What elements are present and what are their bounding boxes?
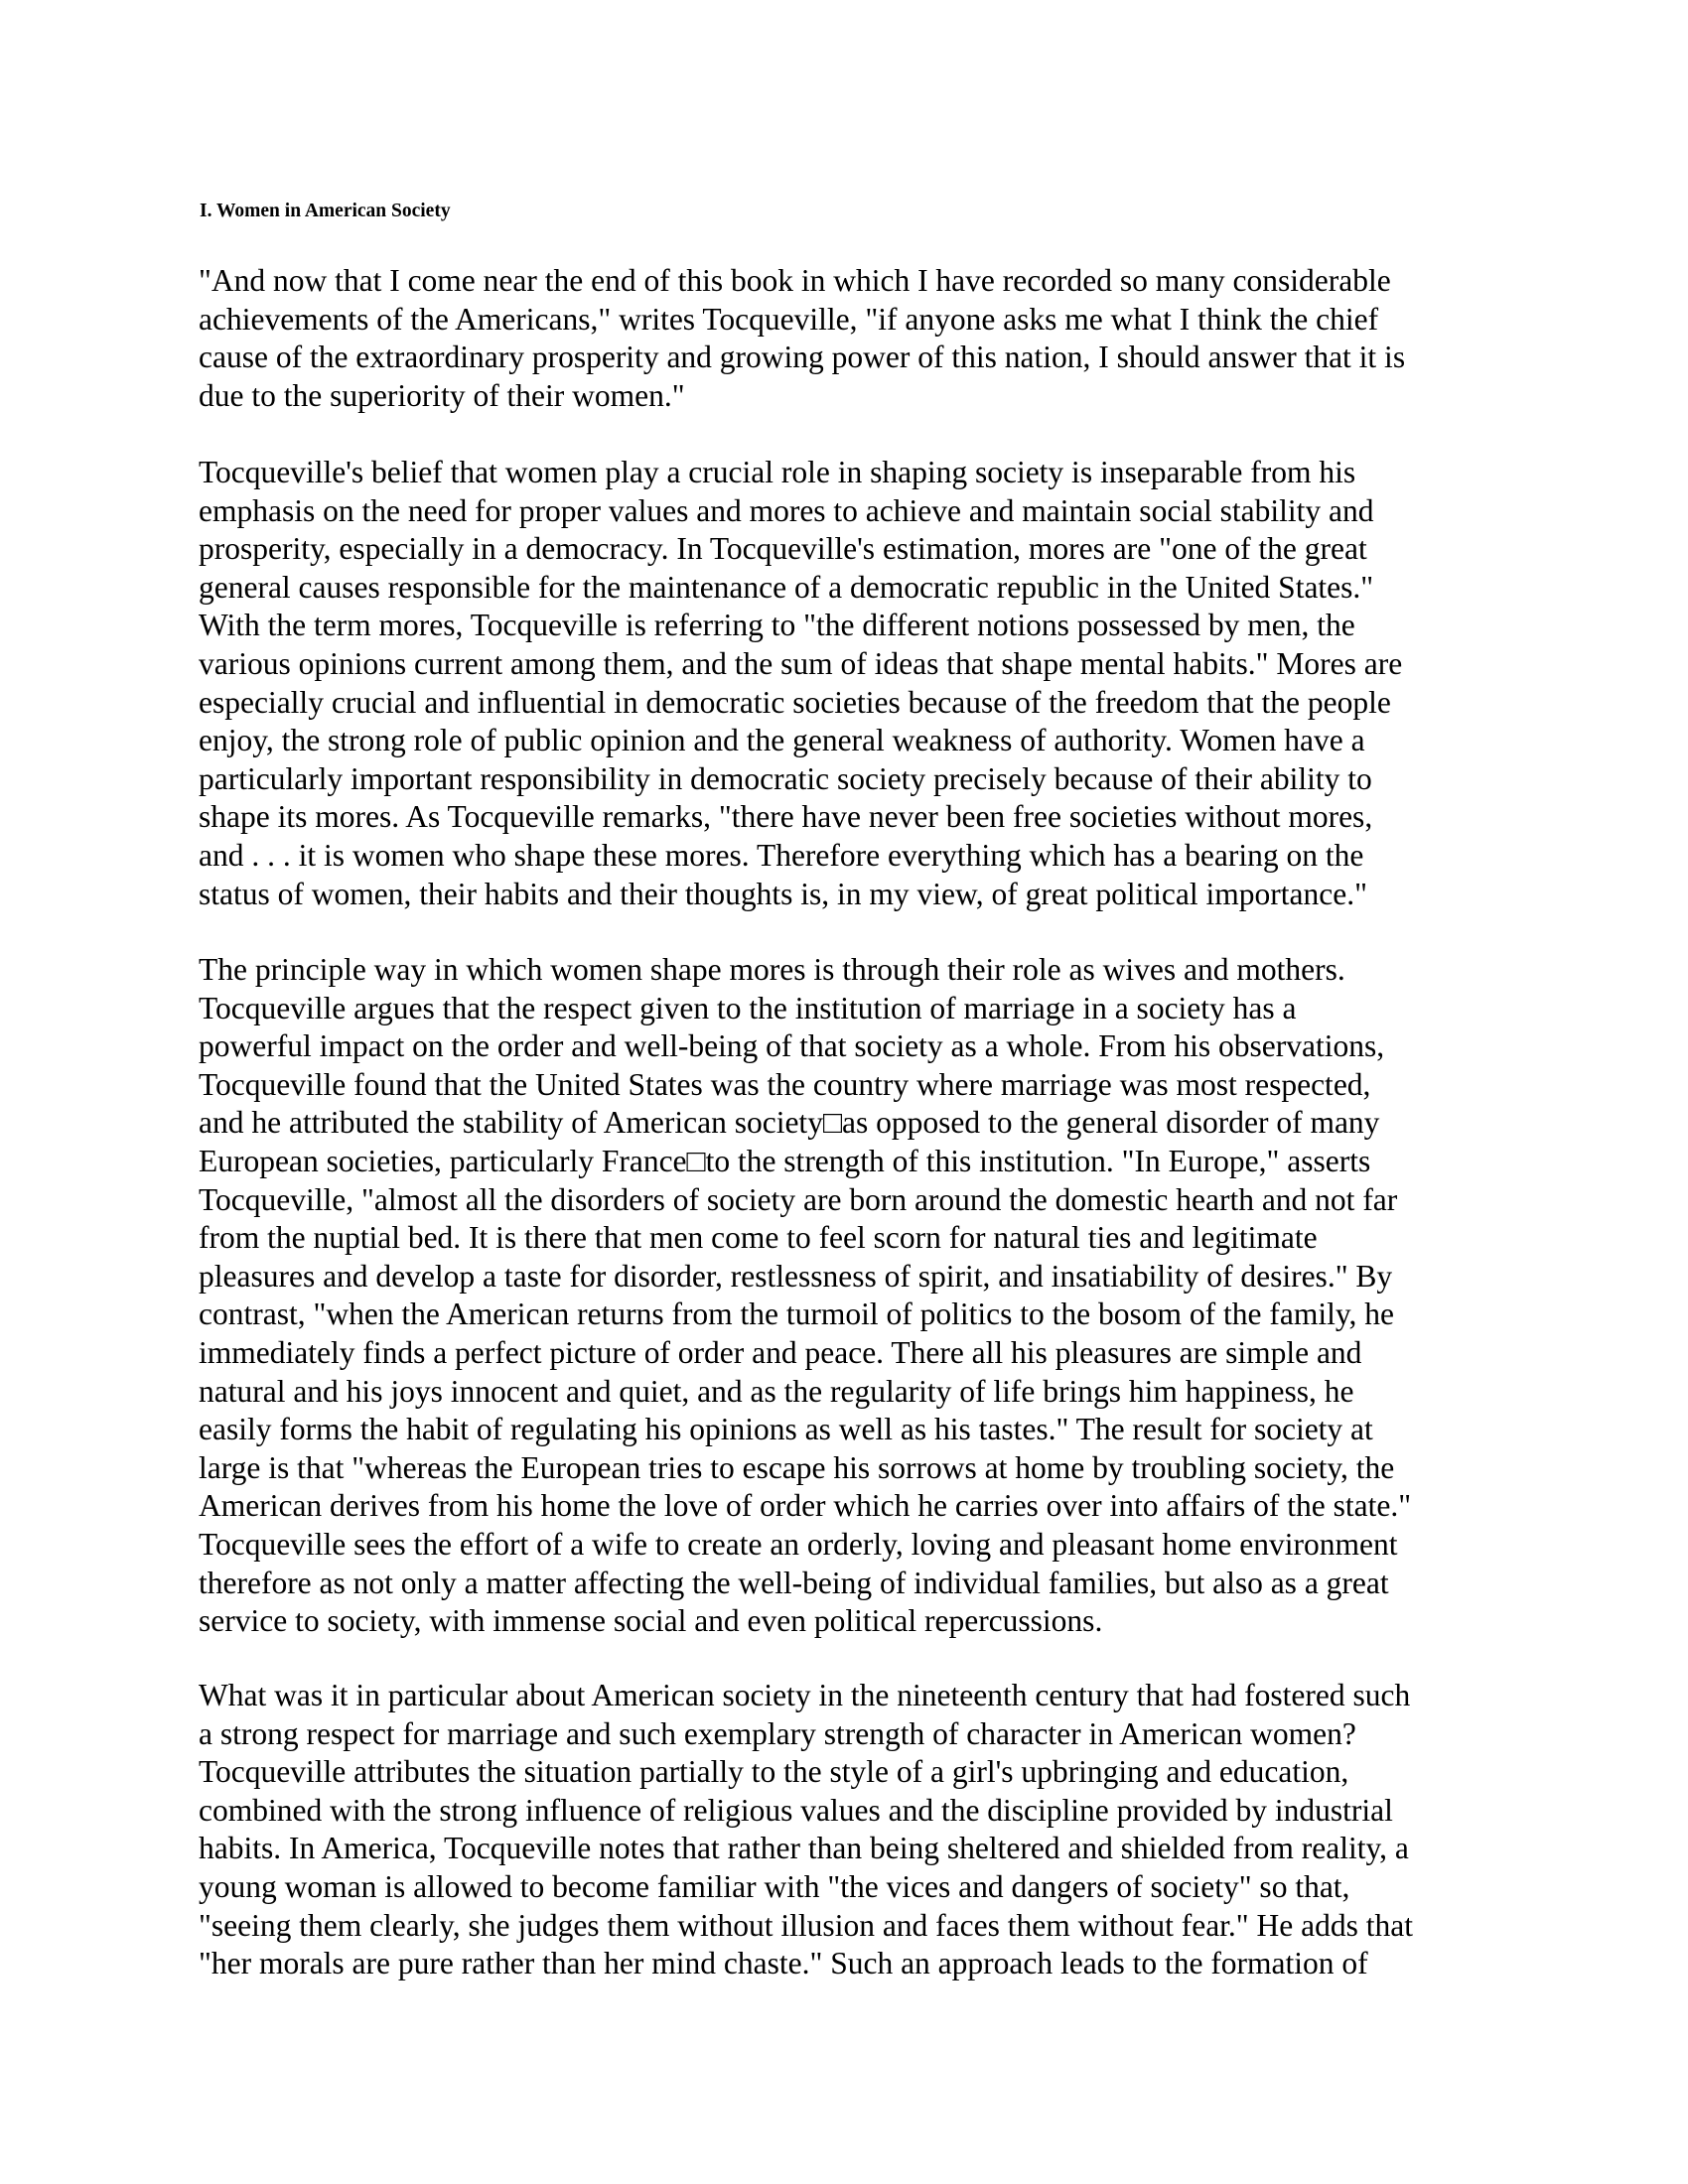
text-line: Tocqueville sees the effort of a wife to… (199, 1526, 1509, 1565)
paragraph-2: Tocqueville's belief that women play a c… (199, 454, 1509, 913)
text-line: pleasures and develop a taste for disord… (199, 1258, 1509, 1297)
text-line: particularly important responsibility in… (199, 760, 1509, 799)
text-line: therefore as not only a matter affecting… (199, 1565, 1509, 1603)
text-line: from the nuptial bed. It is there that m… (199, 1219, 1509, 1258)
text-line: immediately finds a perfect picture of o… (199, 1334, 1509, 1373)
text-line: Tocqueville attributes the situation par… (199, 1753, 1509, 1792)
text-line: large is that "whereas the European trie… (199, 1449, 1509, 1488)
text-line: prosperity, especially in a democracy. I… (199, 530, 1509, 569)
text-line: European societies, particularly France□… (199, 1143, 1509, 1181)
text-line: emphasis on the need for proper values a… (199, 492, 1509, 531)
text-line: The principle way in which women shape m… (199, 951, 1509, 990)
text-line: especially crucial and influential in de… (199, 684, 1509, 723)
text-line: various opinions current among them, and… (199, 645, 1509, 684)
text-line: natural and his joys innocent and quiet,… (199, 1373, 1509, 1412)
text-line: service to society, with immense social … (199, 1602, 1509, 1641)
text-line: cause of the extraordinary prosperity an… (199, 339, 1509, 377)
text-line: status of women, their habits and their … (199, 876, 1509, 914)
text-line: Tocqueville argues that the respect give… (199, 990, 1509, 1028)
text-line: Tocqueville's belief that women play a c… (199, 454, 1509, 492)
text-line: combined with the strong influence of re… (199, 1792, 1509, 1831)
section-heading: I. Women in American Society (200, 199, 451, 224)
text-line: powerful impact on the order and well-be… (199, 1027, 1509, 1066)
text-line: due to the superiority of their women." (199, 377, 1509, 416)
document-page: I. Women in American Society "And now th… (0, 0, 1688, 2184)
text-line: Tocqueville, "almost all the disorders o… (199, 1181, 1509, 1220)
paragraph-1: "And now that I come near the end of thi… (199, 262, 1509, 415)
text-line: enjoy, the strong role of public opinion… (199, 722, 1509, 760)
paragraph-4: What was it in particular about American… (199, 1677, 1509, 1983)
text-line: general causes responsible for the maint… (199, 569, 1509, 608)
text-line: and . . . it is women who shape these mo… (199, 837, 1509, 876)
text-line: contrast, "when the American returns fro… (199, 1296, 1509, 1334)
text-line: With the term mores, Tocqueville is refe… (199, 607, 1509, 645)
text-line: habits. In America, Tocqueville notes th… (199, 1830, 1509, 1868)
text-line: young woman is allowed to become familia… (199, 1868, 1509, 1907)
text-line: and he attributed the stability of Ameri… (199, 1104, 1509, 1143)
text-line: Tocqueville found that the United States… (199, 1066, 1509, 1105)
text-line: "her morals are pure rather than her min… (199, 1945, 1509, 1983)
text-line: "And now that I come near the end of thi… (199, 262, 1509, 301)
text-line: American derives from his home the love … (199, 1487, 1509, 1526)
text-line: What was it in particular about American… (199, 1677, 1509, 1715)
text-line: "seeing them clearly, she judges them wi… (199, 1907, 1509, 1946)
text-line: a strong respect for marriage and such e… (199, 1715, 1509, 1754)
paragraph-3: The principle way in which women shape m… (199, 951, 1509, 1641)
text-line: achievements of the Americans," writes T… (199, 301, 1509, 340)
text-line: shape its mores. As Tocqueville remarks,… (199, 798, 1509, 837)
text-line: easily forms the habit of regulating his… (199, 1411, 1509, 1449)
